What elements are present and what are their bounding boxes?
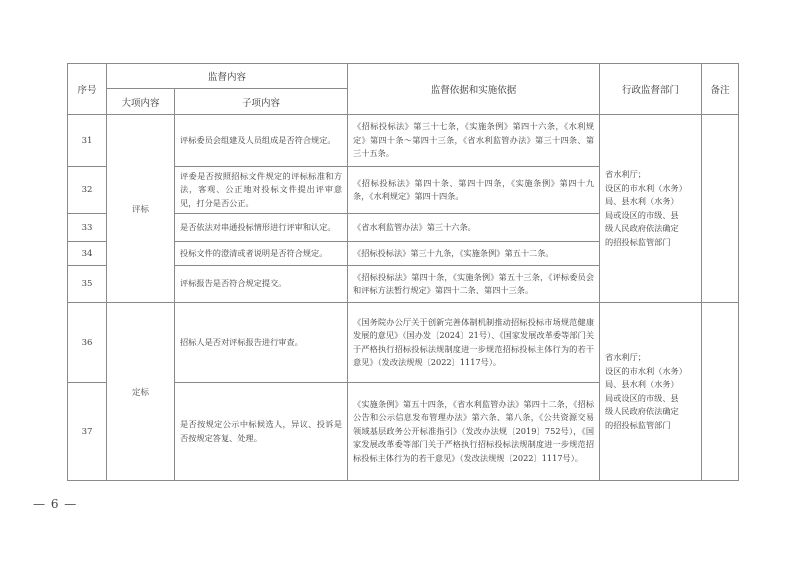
major-item-category: 定标: [107, 303, 175, 481]
table-row: 36 定标 招标人是否对评标报告进行审查。 《国务院办公厅关于创新完善体制机制推…: [68, 303, 739, 383]
row-number: 32: [68, 167, 107, 214]
header-major-item: 大项内容: [107, 89, 175, 115]
header-seq: 序号: [68, 64, 107, 115]
major-item-category: 评标: [107, 115, 175, 303]
remarks-cell: [702, 115, 739, 303]
department-line: 的招投标监管部门: [605, 419, 696, 433]
basis-text: 《招标投标法》第三十七条，《实施条例》第四十六条，《水利规定》第四十条～第四十三…: [348, 115, 600, 167]
sub-item-text: 评标报告是否符合规定提交。: [175, 266, 348, 303]
department-cell: 省水利厅； 设区的市水利（水务） 局、县水利（水务） 局或设区的市级、县 级人民…: [600, 303, 702, 481]
department-line: 局、县水利（水务）: [605, 195, 696, 209]
department-line: 级人民政府依法确定: [605, 405, 696, 419]
row-number: 36: [68, 303, 107, 383]
department-line: 的招投标监管部门: [605, 236, 696, 250]
remarks-cell: [702, 303, 739, 481]
header-supervision-content: 监督内容: [107, 64, 348, 89]
row-number: 34: [68, 242, 107, 266]
row-number: 33: [68, 214, 107, 242]
sub-item-text: 招标人是否对评标报告进行审查。: [175, 303, 348, 383]
header-basis: 监督依据和实施依据: [348, 64, 600, 115]
basis-text: 《招标投标法》第三十九条，《实施条例》第五十二条。: [348, 242, 600, 266]
sub-item-text: 评标委员会组建及人员组成是否符合规定。: [175, 115, 348, 167]
table-row: 31 评标 评标委员会组建及人员组成是否符合规定。 《招标投标法》第三十七条，《…: [68, 115, 739, 167]
department-line: 省水利厅；: [605, 351, 696, 365]
basis-text: 《省水利监管办法》第三十六条。: [348, 214, 600, 242]
row-number: 31: [68, 115, 107, 167]
department-cell: 省水利厅； 设区的市水利（水务） 局、县水利（水务） 局或设区的市级、县 级人民…: [600, 115, 702, 303]
basis-text: 《实施条例》第五十四条，《省水利监管办法》第四十二条，《招标公告和公示信息发布管…: [348, 383, 600, 481]
sub-item-text: 投标文件的澄清或者说明是否符合规定。: [175, 242, 348, 266]
department-line: 设区的市水利（水务）: [605, 182, 696, 196]
row-number: 35: [68, 266, 107, 303]
department-line: 设区的市水利（水务）: [605, 365, 696, 379]
department-line: 级人民政府依法确定: [605, 222, 696, 236]
page-number: — 6 —: [33, 497, 77, 511]
sub-item-text: 评委是否按照招标文件规定的评标标准和方法，客观、公正地对投标文件提出评审意见，打…: [175, 167, 348, 214]
department-line: 局、县水利（水务）: [605, 378, 696, 392]
header-sub-item: 子项内容: [175, 89, 348, 115]
basis-text: 《招标投标法》第四十条、第四十四条，《实施条例》第四十九条，《水利规定》第四十四…: [348, 167, 600, 214]
department-line: 省水利厅；: [605, 168, 696, 182]
supervision-table: 序号 监督内容 监督依据和实施依据 行政监督部门 备注 大项内容 子项内容 31…: [67, 63, 739, 481]
basis-text: 《国务院办公厅关于创新完善体制机制推动招标投标市场规范健康发展的意见》（国办发〔…: [348, 303, 600, 383]
header-department: 行政监督部门: [600, 64, 702, 115]
department-line: 局或设区的市级、县: [605, 209, 696, 223]
sub-item-text: 是否依法对串通投标情形进行评审和认定。: [175, 214, 348, 242]
department-line: 局或设区的市级、县: [605, 392, 696, 406]
basis-text: 《招标投标法》第四十条，《实施条例》第五十三条，《评标委员会和评标方法暂行规定》…: [348, 266, 600, 303]
header-remarks: 备注: [702, 64, 739, 115]
row-number: 37: [68, 383, 107, 481]
sub-item-text: 是否按规定公示中标候选人，异议、投诉是否按规定答复、处理。: [175, 383, 348, 481]
